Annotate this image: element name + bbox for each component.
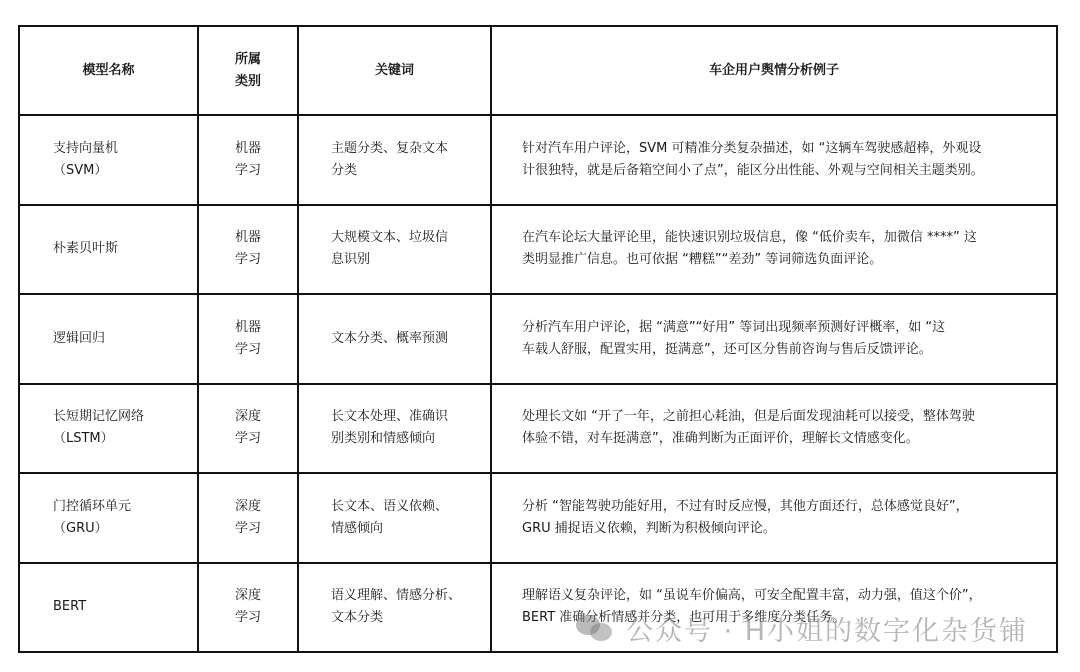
category-line2: 学习 xyxy=(199,339,297,361)
model-name-line1: 朴素贝叶斯 xyxy=(53,238,189,260)
example-line2: BERT 准确分析情感并分类，也可用于多维度分类任务。 xyxy=(522,607,1026,629)
table-row: BERT 深度 学习 语义理解、情感分析、 文本分类 理解语义复杂评论，如 “虽… xyxy=(19,563,1057,653)
cell-model-name: 朴素贝叶斯 xyxy=(19,205,198,295)
cell-keywords: 主题分类、复杂文本 分类 xyxy=(298,115,491,205)
cell-category: 机器 学习 xyxy=(198,205,298,295)
example-line1: 针对汽车用户评论，SVM 可精准分类复杂描述，如 “这辆车驾驶感超棒，外观设 xyxy=(522,138,1026,160)
model-name-line2: （SVM） xyxy=(53,160,189,182)
keywords-line1: 语义理解、情感分析、 xyxy=(331,585,472,607)
cell-example: 在汽车论坛大量评论里，能快速识别垃圾信息，像 “低价卖车，加微信 ****” 这… xyxy=(491,205,1057,295)
header-model-name: 模型名称 xyxy=(19,26,198,115)
header-example: 车企用户舆情分析例子 xyxy=(491,26,1057,115)
cell-category: 深度 学习 xyxy=(198,473,298,563)
model-name-line1: 支持向量机 xyxy=(53,138,189,160)
example-line2: 类明显推广信息。也可依据 “糟糕”“差劲” 等词筛选负面评论。 xyxy=(522,249,1026,271)
example-line1: 分析汽车用户评论，据 “满意”“好用” 等词出现频率预测好评概率，如 “这 xyxy=(522,317,1026,339)
cell-keywords: 大规模文本、垃圾信 息识别 xyxy=(298,205,491,295)
header-category-line2: 类别 xyxy=(199,71,297,93)
header-keywords-label: 关键词 xyxy=(375,63,414,78)
table-row: 门控循环单元 （GRU） 深度 学习 长文本、语义依赖、 情感倾向 分析 “智能… xyxy=(19,473,1057,563)
keywords-line2: 别类别和情感倾向 xyxy=(331,428,472,450)
model-name-line2: （GRU） xyxy=(53,518,189,540)
category-line2: 学习 xyxy=(199,428,297,450)
keywords-line2: 分类 xyxy=(331,160,472,182)
cell-category: 深度 学习 xyxy=(198,563,298,653)
category-line1: 深度 xyxy=(199,406,297,428)
category-line1: 深度 xyxy=(199,585,297,607)
cell-keywords: 长文本、语义依赖、 情感倾向 xyxy=(298,473,491,563)
header-category: 所属 类别 xyxy=(198,26,298,115)
model-name-line1: 逻辑回归 xyxy=(53,328,189,350)
example-line1: 分析 “智能驾驶功能好用，不过有时反应慢，其他方面还行，总体感觉良好”， xyxy=(522,496,1026,518)
category-line1: 机器 xyxy=(199,227,297,249)
cell-keywords: 长文本处理、准确识 别类别和情感倾向 xyxy=(298,384,491,474)
keywords-line1: 长文本、语义依赖、 xyxy=(331,496,472,518)
example-line2: 车载人舒服，配置实用，挺满意”，还可区分售前咨询与售后反馈评论。 xyxy=(522,339,1026,361)
keywords-line1: 文本分类、概率预测 xyxy=(331,328,472,350)
header-keywords: 关键词 xyxy=(298,26,491,115)
example-line2: GRU 捕捉语义依赖，判断为积极倾向评论。 xyxy=(522,518,1026,540)
keywords-line1: 大规模文本、垃圾信 xyxy=(331,227,472,249)
example-line1: 理解语义复杂评论，如 “虽说车价偏高，可安全配置丰富，动力强，值这个价”， xyxy=(522,585,1026,607)
cell-example: 理解语义复杂评论，如 “虽说车价偏高，可安全配置丰富，动力强，值这个价”， BE… xyxy=(491,563,1057,653)
category-line1: 深度 xyxy=(199,496,297,518)
cell-category: 机器 学习 xyxy=(198,294,298,384)
model-name-line1: BERT xyxy=(53,596,189,618)
model-comparison-table: 模型名称 所属 类别 关键词 车企用户舆情分析例子 支持向量机 （SVM） 机器… xyxy=(18,25,1058,653)
keywords-line2: 息识别 xyxy=(331,249,472,271)
table-row: 逻辑回归 机器 学习 文本分类、概率预测 分析汽车用户评论，据 “满意”“好用”… xyxy=(19,294,1057,384)
cell-keywords: 文本分类、概率预测 xyxy=(298,294,491,384)
example-line2: 体验不错，对车挺满意”，准确判断为正面评价，理解长文情感变化。 xyxy=(522,428,1026,450)
model-name-line1: 门控循环单元 xyxy=(53,496,189,518)
category-line2: 学习 xyxy=(199,249,297,271)
header-model-name-label: 模型名称 xyxy=(82,63,134,78)
cell-example: 针对汽车用户评论，SVM 可精准分类复杂描述，如 “这辆车驾驶感超棒，外观设 计… xyxy=(491,115,1057,205)
example-line2: 计很独特，就是后备箱空间小了点”，能区分出性能、外观与空间相关主题类别。 xyxy=(522,160,1026,182)
cell-model-name: 逻辑回归 xyxy=(19,294,198,384)
cell-example: 分析 “智能驾驶功能好用，不过有时反应慢，其他方面还行，总体感觉良好”， GRU… xyxy=(491,473,1057,563)
header-category-line1: 所属 xyxy=(199,49,297,71)
category-line2: 学习 xyxy=(199,518,297,540)
category-line1: 机器 xyxy=(199,317,297,339)
table-row: 支持向量机 （SVM） 机器 学习 主题分类、复杂文本 分类 针对汽车用户评论，… xyxy=(19,115,1057,205)
keywords-line2: 情感倾向 xyxy=(331,518,472,540)
category-line1: 机器 xyxy=(199,138,297,160)
cell-example: 处理长文如 “开了一年，之前担心耗油，但是后面发现油耗可以接受，整体驾驶 体验不… xyxy=(491,384,1057,474)
cell-model-name: 门控循环单元 （GRU） xyxy=(19,473,198,563)
cell-category: 机器 学习 xyxy=(198,115,298,205)
keywords-line1: 主题分类、复杂文本 xyxy=(331,138,472,160)
example-line1: 处理长文如 “开了一年，之前担心耗油，但是后面发现油耗可以接受，整体驾驶 xyxy=(522,406,1026,428)
model-name-line2: （LSTM） xyxy=(53,428,189,450)
table-header-row: 模型名称 所属 类别 关键词 车企用户舆情分析例子 xyxy=(19,26,1057,115)
model-name-line1: 长短期记忆网络 xyxy=(53,406,189,428)
keywords-line2: 文本分类 xyxy=(331,607,472,629)
cell-model-name: BERT xyxy=(19,563,198,653)
example-line1: 在汽车论坛大量评论里，能快速识别垃圾信息，像 “低价卖车，加微信 ****” 这 xyxy=(522,227,1026,249)
cell-keywords: 语义理解、情感分析、 文本分类 xyxy=(298,563,491,653)
cell-model-name: 支持向量机 （SVM） xyxy=(19,115,198,205)
category-line2: 学习 xyxy=(199,607,297,629)
cell-category: 深度 学习 xyxy=(198,384,298,474)
cell-model-name: 长短期记忆网络 （LSTM） xyxy=(19,384,198,474)
category-line2: 学习 xyxy=(199,160,297,182)
table-row: 长短期记忆网络 （LSTM） 深度 学习 长文本处理、准确识 别类别和情感倾向 … xyxy=(19,384,1057,474)
keywords-line1: 长文本处理、准确识 xyxy=(331,406,472,428)
cell-example: 分析汽车用户评论，据 “满意”“好用” 等词出现频率预测好评概率，如 “这 车载… xyxy=(491,294,1057,384)
table-row: 朴素贝叶斯 机器 学习 大规模文本、垃圾信 息识别 在汽车论坛大量评论里，能快速… xyxy=(19,205,1057,295)
header-example-label: 车企用户舆情分析例子 xyxy=(709,63,839,78)
